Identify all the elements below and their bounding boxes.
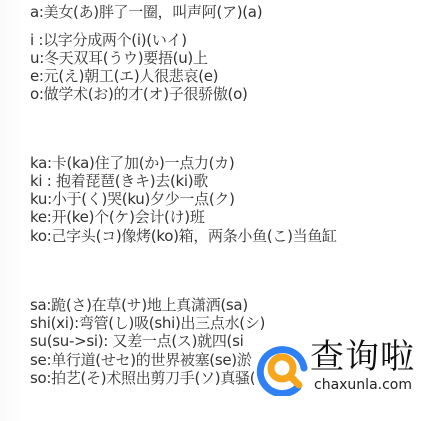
watermark-url: chaxunla.com xyxy=(314,376,412,394)
line-o: o:做学术(お)的才(オ)子很骄傲(o) xyxy=(30,85,248,103)
line-i: i :以字分成两个(i)(いイ) xyxy=(30,31,187,49)
line-ko: ko:己字头(コ)像烤(ko)箱，两条小鱼(こ)当鱼缸 xyxy=(30,227,337,245)
line-ke: ke:开(ke)个(ケ)会计(け)班 xyxy=(30,208,205,226)
chaxunla-watermark: 查询啦 chaxunla.com xyxy=(254,336,429,406)
line-ki: ki : 抱着琵琶(きキ)去(ki)歌 xyxy=(30,172,208,190)
line-so: so:拍艺(そ)术照出剪刀手(ソ)真骚(so)色 xyxy=(30,369,292,387)
line-ka: ka:卡(ka)住了加(か)一点力(カ) xyxy=(30,154,234,172)
line-shi: shi(xi):弯管(し)吸(shi)出三点水(シ) xyxy=(30,314,265,332)
line-e: e:元(え)朝工(エ)人很悲哀(e) xyxy=(30,67,218,85)
line-su: su(su->si): 又差一点(ス)就四(si xyxy=(30,332,243,350)
magnifier-ring-logo-icon xyxy=(254,340,310,396)
line-sa: sa:跪(さ)在草(サ)地上真潇洒(sa) xyxy=(30,296,248,314)
line-u: u:冬天双耳(うウ)要捂(u)上 xyxy=(30,49,208,67)
line-se: se:单行道(せセ)的世界被塞(se)淤 xyxy=(30,351,252,369)
line-ku: ku:小于(く)哭(ku)夕少一点(ク) xyxy=(30,190,235,208)
line-a: a:美女(あ)胖了一圈，叫声阿(ア)(a) xyxy=(30,3,262,21)
watermark-title: 查询啦 xyxy=(310,336,415,378)
